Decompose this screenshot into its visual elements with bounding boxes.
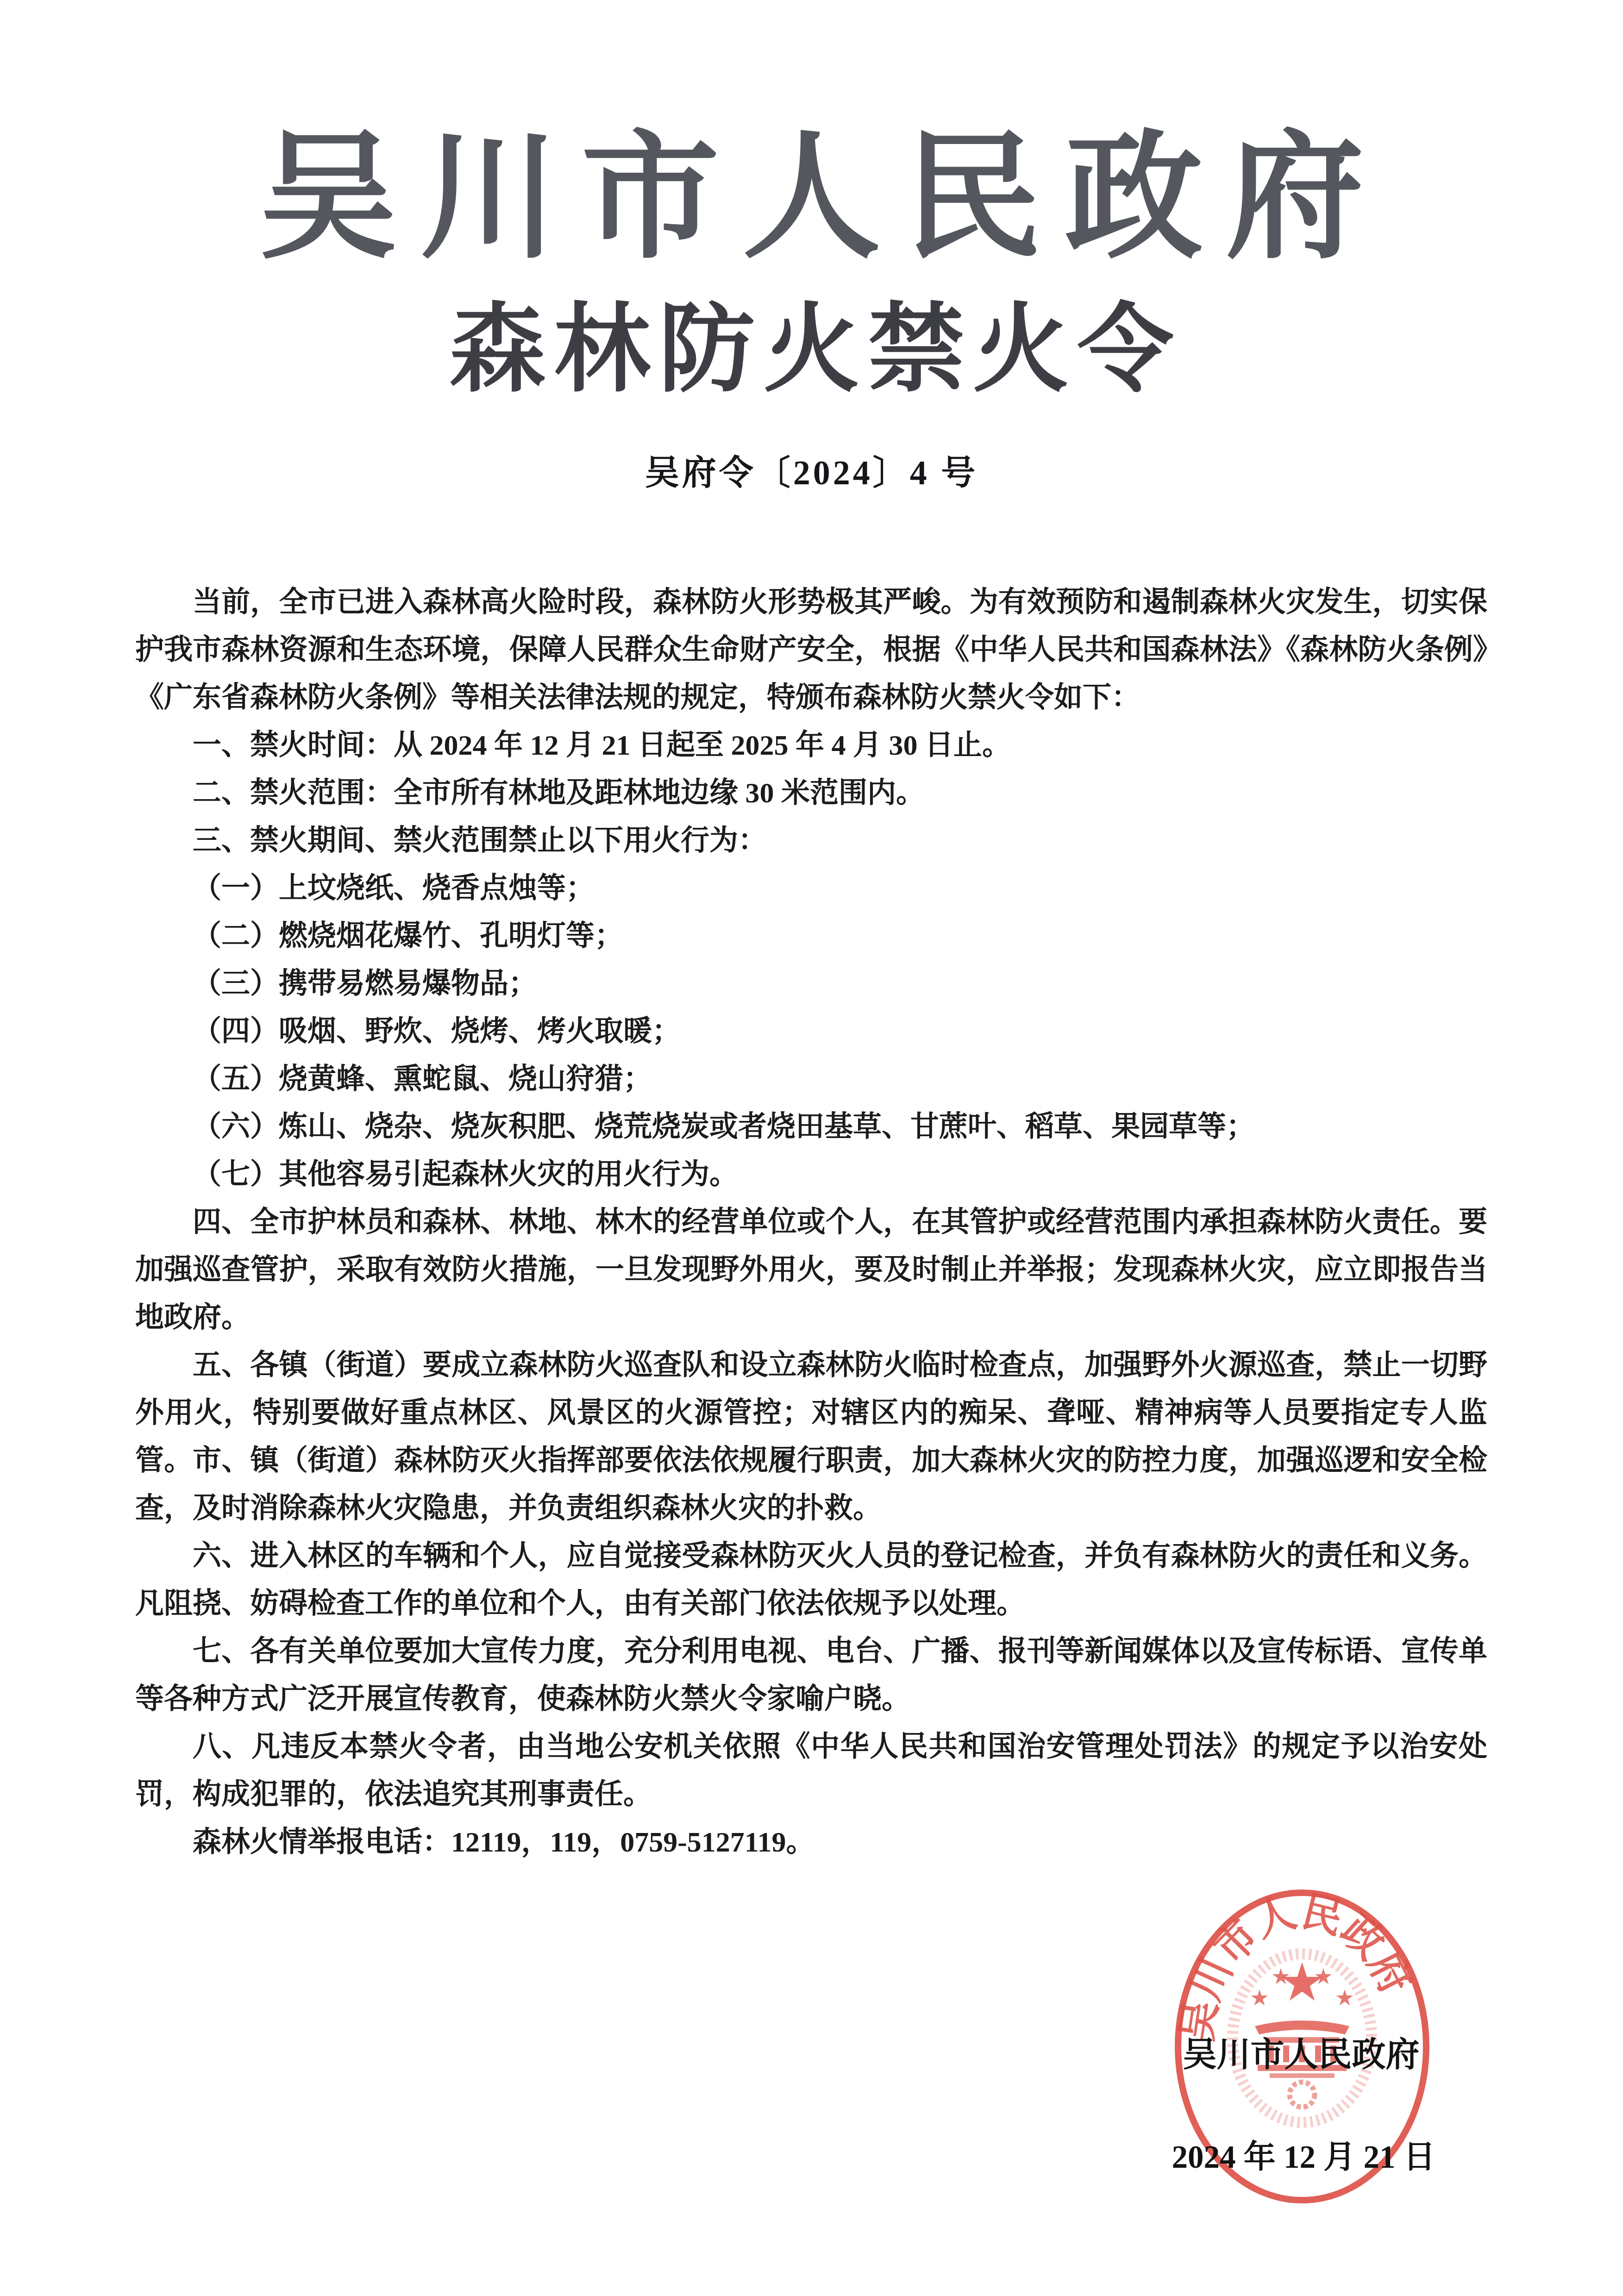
signature: 吴川市人民政府 — [1180, 2036, 1422, 2073]
paragraph-14: 六、进入林区的车辆和个人，应自觉接受森林防灭火人员的登记检查，并负有森林防火的责… — [135, 1533, 1487, 1628]
paragraph-17: 森林火情举报电话：12119，119，0759-5127119。 — [135, 1819, 1487, 1866]
paragraph-10: （六）炼山、烧杂、烧灰积肥、烧荒烧炭或者烧田基草、甘蔗叶、稻草、果园草等； — [135, 1103, 1487, 1151]
date: 2024 年 12 月 21 日 — [1160, 2140, 1447, 2175]
paragraph-12: 四、全市护林员和森林、林地、林木的经营单位或个人，在其管护或经营范围内承担森林防… — [135, 1199, 1487, 1342]
paragraph-11: （七）其他容易引起森林火灾的用火行为。 — [135, 1151, 1487, 1199]
paragraph-5: （一）上坟烧纸、烧香点烛等； — [135, 865, 1487, 913]
paragraph-15: 七、各有关单位要加大宣传力度，充分利用电视、电台、广播、报刊等新闻媒体以及宣传标… — [135, 1628, 1487, 1723]
page-subtitle: 森林防火禁火令 — [0, 302, 1623, 398]
seal-arc-label: 吴川市人民政府 — [1173, 1888, 1420, 2044]
document-page: 吴川市人民政府 森林防火禁火令 吴府令〔2024〕4 号 当前，全市已进入森林高… — [0, 0, 1623, 2296]
paragraph-1: 当前，全市已进入森林高火险时段，森林防火形势极其严峻。为有效预防和遏制森林火灾发… — [135, 579, 1487, 722]
paragraph-16: 八、凡违反本禁火令者，由当地公安机关依照《中华人民共和国治安管理处罚法》的规定予… — [135, 1723, 1487, 1819]
doc-number: 吴府令〔2024〕4 号 — [0, 456, 1623, 490]
paragraph-6: （二）燃烧烟花爆竹、孔明灯等； — [135, 913, 1487, 960]
paragraph-13: 五、各镇（街道）要成立森林防火巡查队和设立森林防火临时检查点，加强野外火源巡查，… — [135, 1342, 1487, 1533]
page-title: 吴川市人民政府 — [0, 130, 1623, 268]
paragraph-3: 二、禁火范围：全市所有林地及距林地边缘 30 米范围内。 — [135, 770, 1487, 817]
paragraph-4: 三、禁火期间、禁火范围禁止以下用火行为： — [135, 817, 1487, 865]
paragraph-9: （五）烧黄蜂、熏蛇鼠、烧山狩猎； — [135, 1056, 1487, 1103]
paragraph-7: （三）携带易燃易爆物品； — [135, 960, 1487, 1008]
document-body: 当前，全市已进入森林高火险时段，森林防火形势极其严峻。为有效预防和遏制森林火灾发… — [135, 579, 1487, 1866]
paragraph-8: （四）吸烟、野炊、烧烤、烤火取暖； — [135, 1008, 1487, 1056]
paragraph-2: 一、禁火时间：从 2024 年 12 月 21 日起至 2025 年 4 月 3… — [135, 722, 1487, 770]
seal-arc-text: 吴川市人民政府 — [1173, 1888, 1420, 2044]
